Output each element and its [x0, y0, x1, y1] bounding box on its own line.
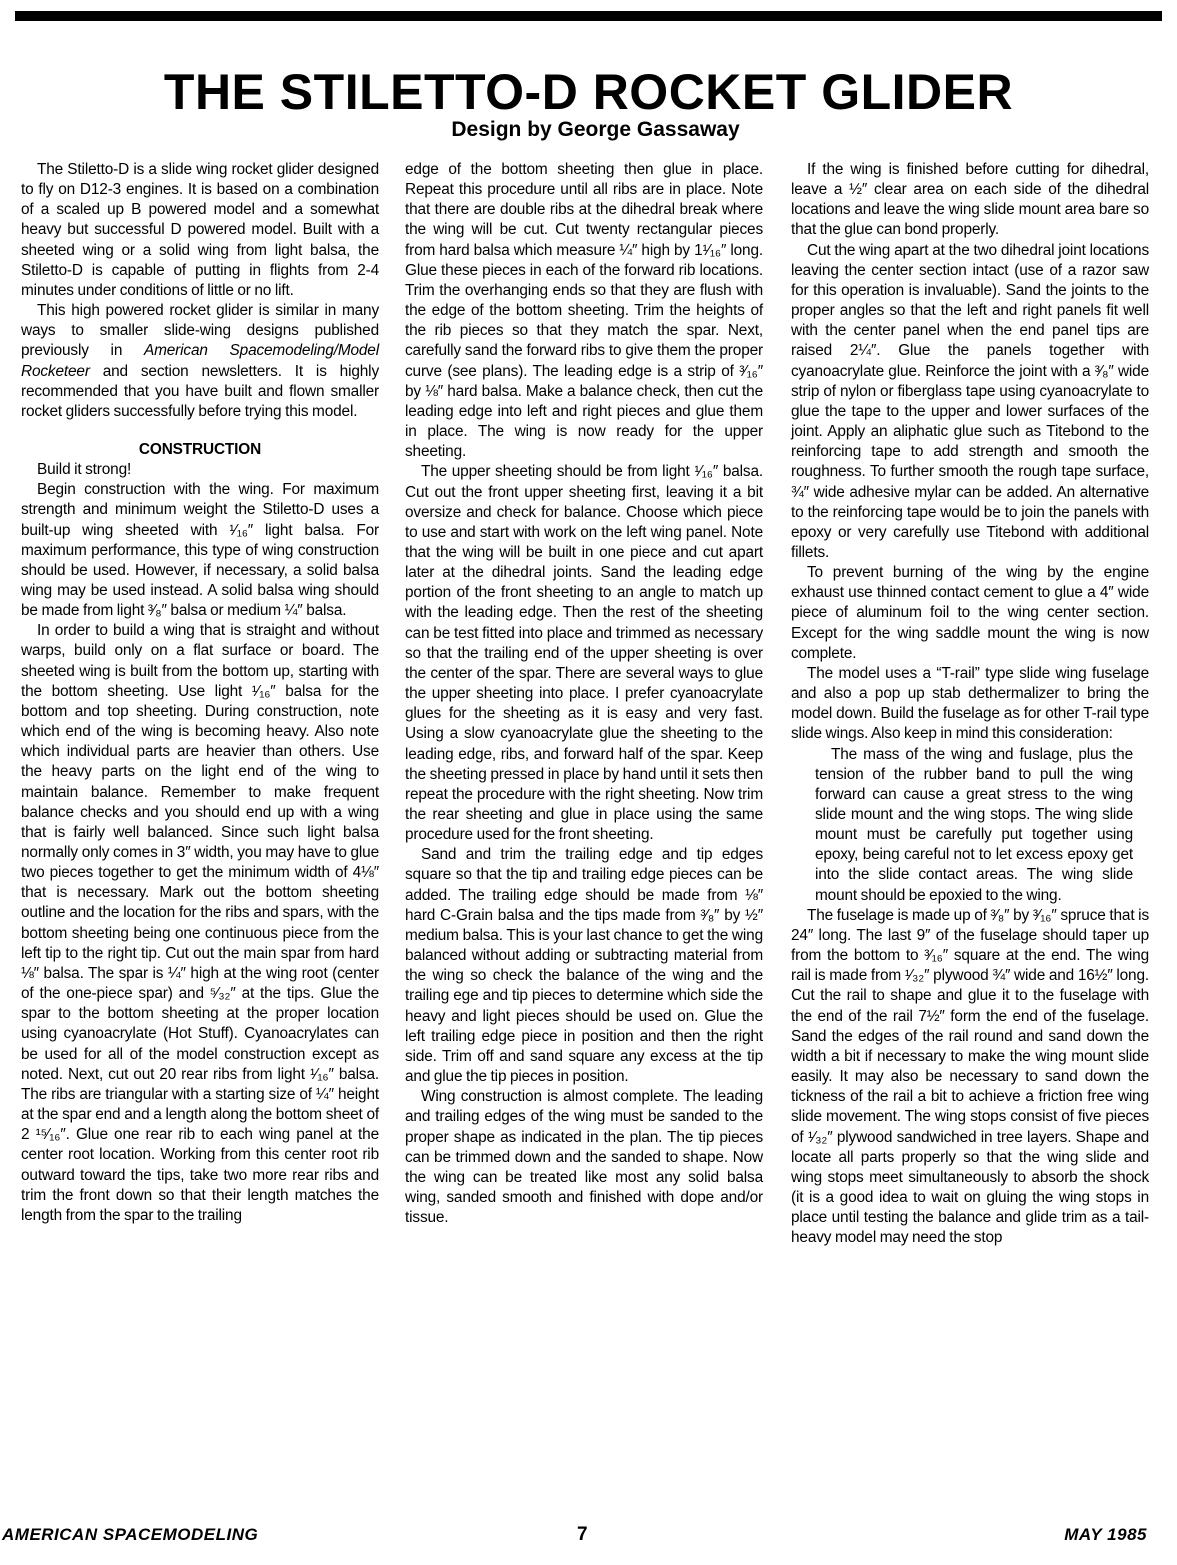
column-1: The Stiletto-D is a slide wing rocket gl… — [21, 160, 379, 1226]
body-paragraph: If the wing is finished before cutting f… — [791, 160, 1149, 241]
intro-paragraph: This high powered rocket glider is simil… — [21, 301, 379, 422]
footer-page-number: 7 — [577, 1524, 588, 1546]
article-byline: Design by George Gassaway — [0, 117, 1177, 143]
top-rule — [15, 11, 1162, 21]
body-paragraph: The fuselage is made up of ³⁄₈″ by ³⁄₁₆″… — [791, 906, 1149, 1249]
body-paragraph: The upper sheeting should be from light … — [405, 462, 763, 845]
body-paragraph: Cut the wing apart at the two dihedral j… — [791, 241, 1149, 564]
body-paragraph: Wing construction is almost complete. Th… — [405, 1087, 763, 1228]
body-paragraph: Build it strong! — [21, 460, 379, 480]
column-2: edge of the bottom sheeting then glue in… — [405, 160, 763, 1228]
body-paragraph: In order to build a wing that is straigh… — [21, 621, 379, 1226]
footer-issue-date: MAY 1985 — [1064, 1524, 1147, 1546]
body-paragraph: Begin construction with the wing. For ma… — [21, 480, 379, 621]
quote-text: The mass of the wing and fuslage, plus t… — [815, 745, 1133, 906]
intro-paragraph: The Stiletto-D is a slide wing rocket gl… — [21, 160, 379, 301]
column-3: If the wing is finished before cutting f… — [791, 160, 1149, 1248]
body-paragraph: The model uses a “T-rail” type slide win… — [791, 664, 1149, 745]
body-paragraph: Sand and trim the trailing edge and tip … — [405, 845, 763, 1087]
body-paragraph: edge of the bottom sheeting then glue in… — [405, 160, 763, 462]
body-paragraph: To prevent burning of the wing by the en… — [791, 563, 1149, 664]
article-title: THE STILETTO-D ROCKET GLIDER — [0, 64, 1177, 120]
section-heading-construction: CONSTRUCTION — [21, 440, 379, 460]
footer-publication: AMERICAN SPACEMODELING — [2, 1524, 258, 1546]
block-quote: The mass of the wing and fuslage, plus t… — [815, 745, 1133, 906]
